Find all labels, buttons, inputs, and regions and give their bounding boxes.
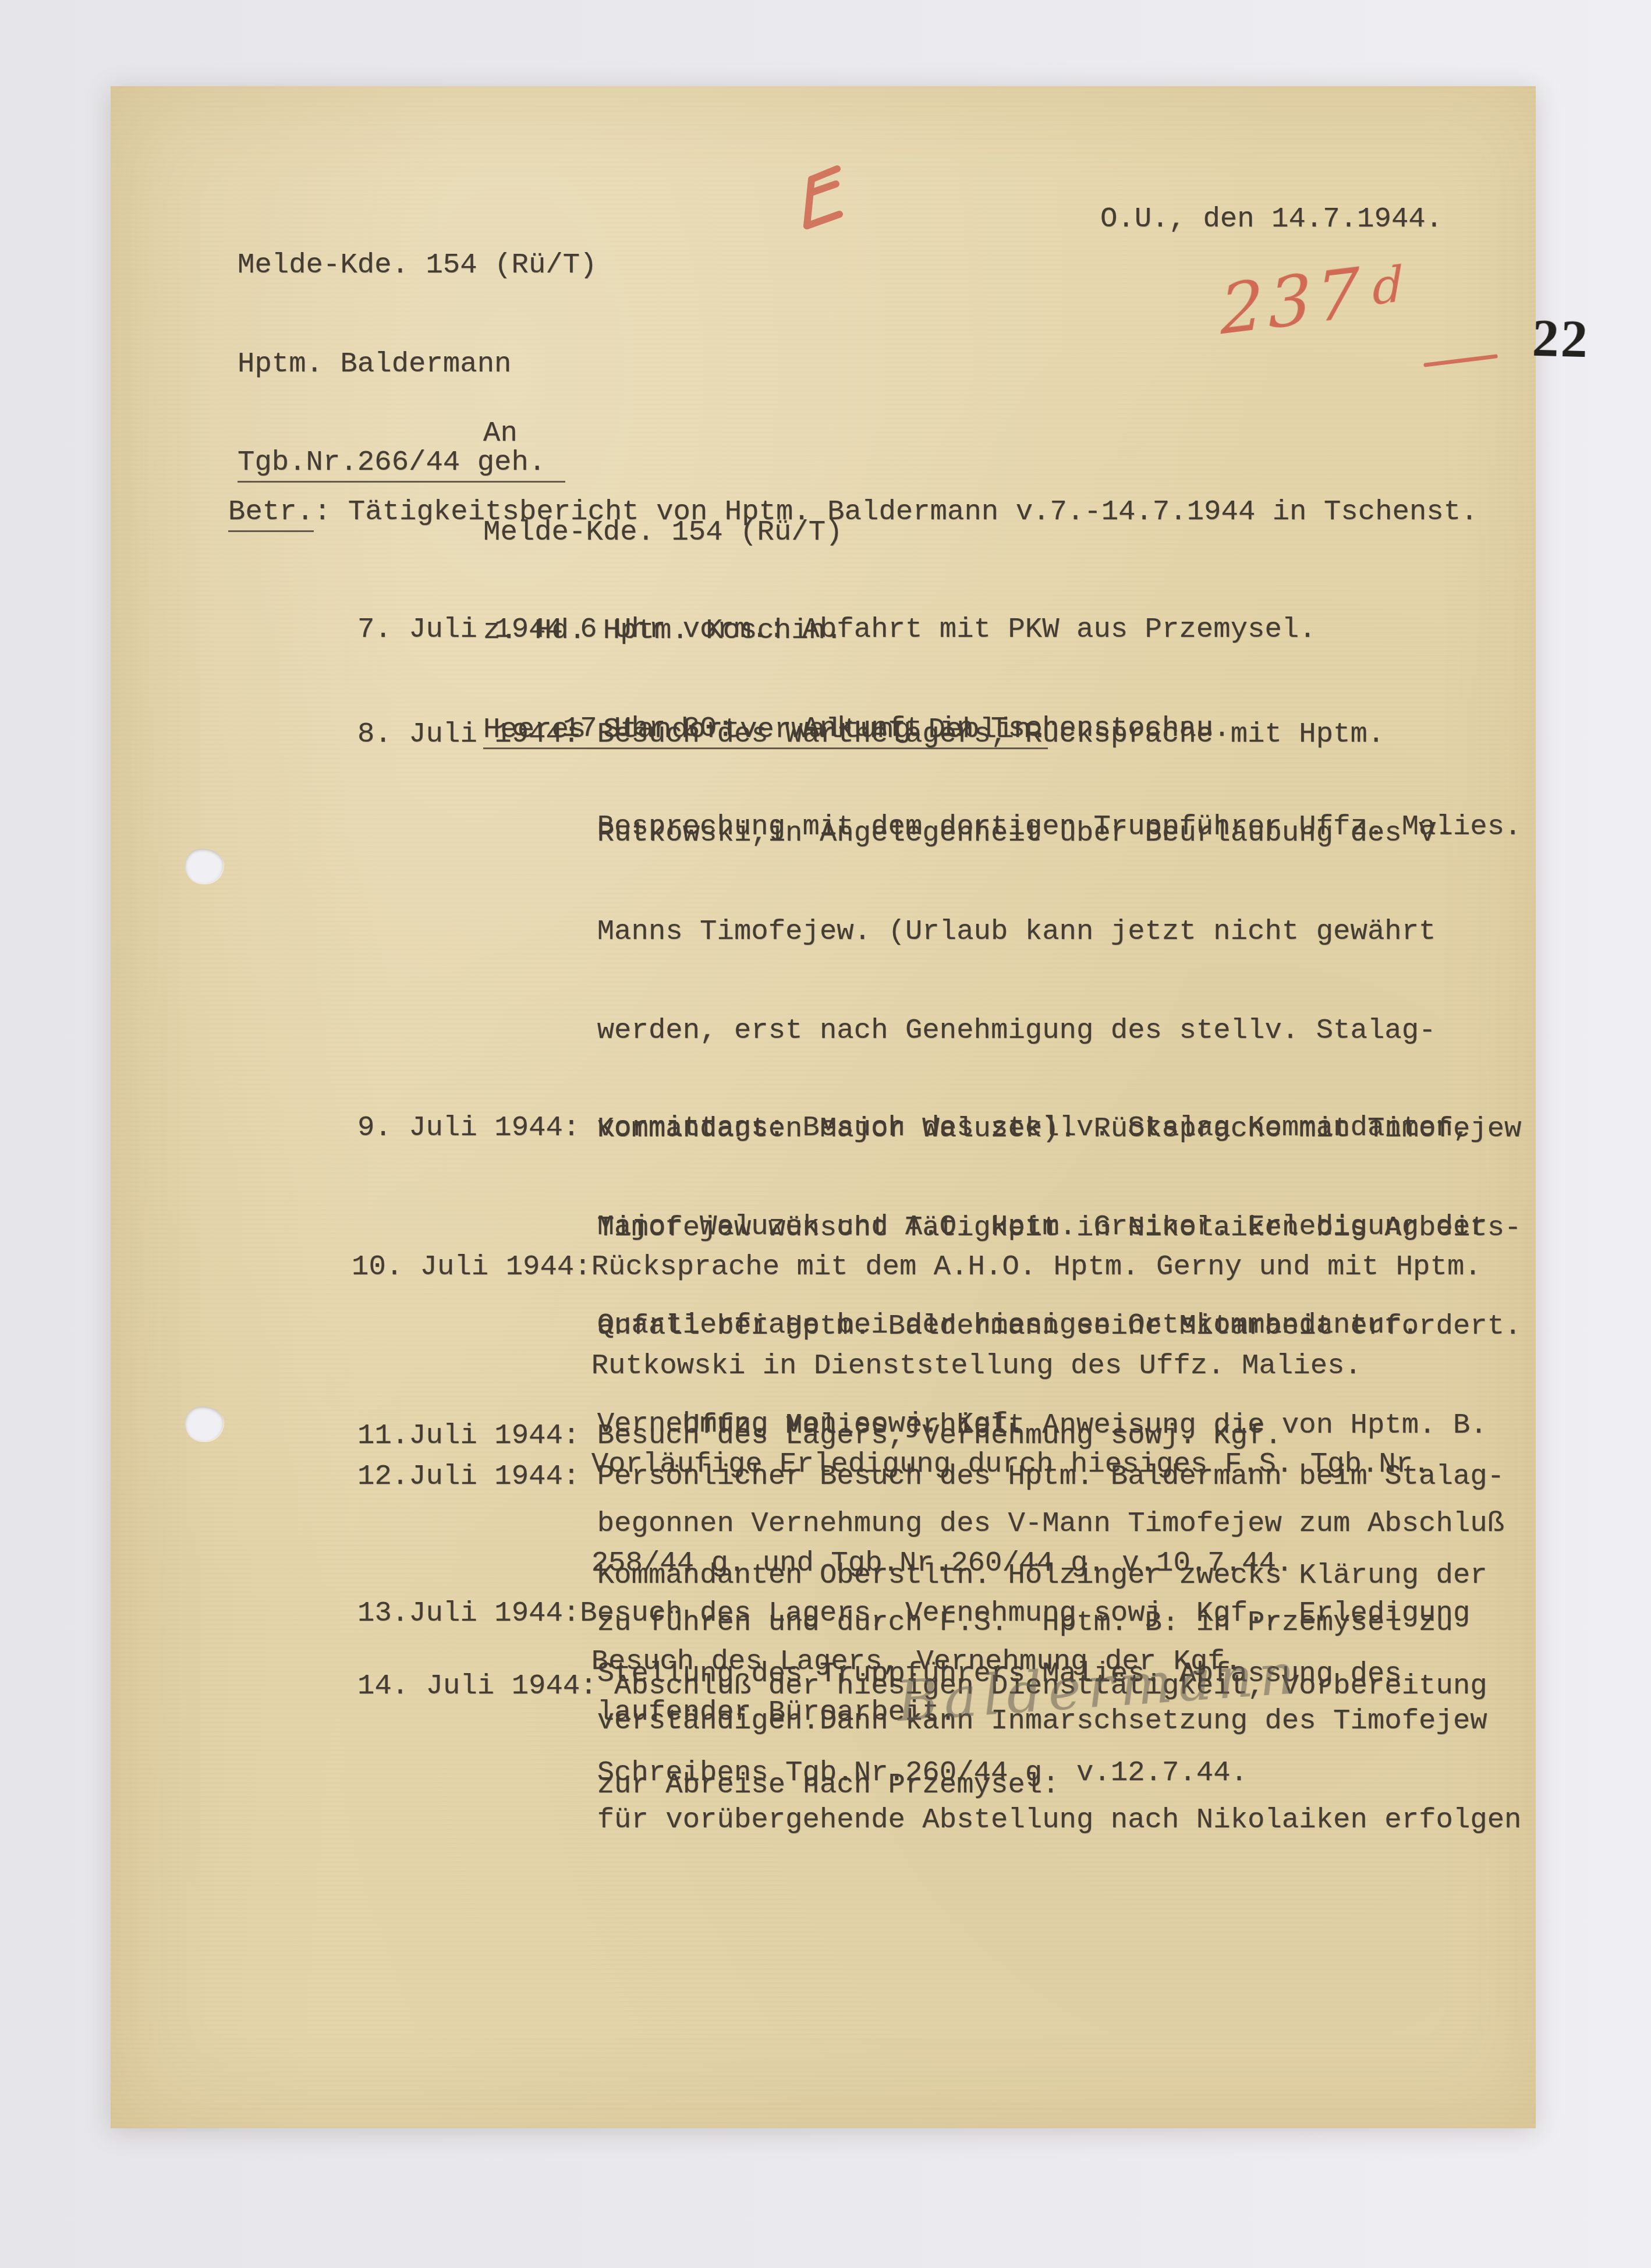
red-annotation-number: 237 xyxy=(1220,251,1365,350)
subject-label: Betr. xyxy=(228,495,314,532)
entry-line: 9. Juli 1944: vormittags: Besuch des ste… xyxy=(357,1111,1487,1144)
recipient-salutation: An xyxy=(483,417,1048,450)
screenshot-root: { "document": { "sender_block": { "line1… xyxy=(0,0,1651,2268)
red-annotation-underline xyxy=(1423,354,1498,367)
subject-line: Betr.: Tätigkeitsbericht von Hptm. Balde… xyxy=(228,495,1478,532)
page-number: 22 xyxy=(1532,307,1590,370)
subject-text: : Tätigkeitsbericht von Hptm. Baldermann… xyxy=(314,495,1478,528)
entry-line: werden, erst nach Genehmigung des stellv… xyxy=(357,1014,1522,1047)
entry-line: 7. Juli 1944 6 Uhr vorm.: Abfahrt mit PK… xyxy=(357,613,1522,646)
entry-line: Rutkowski,in Angelegenheit über Beurlaub… xyxy=(357,817,1522,850)
entry-line: 12.Juli 1944: Persönlicher Besuch des Hp… xyxy=(357,1460,1504,1493)
red-annotation-suffix: d xyxy=(1372,254,1409,316)
document-page: Melde-Kde. 154 (Rü/T) Hptm. Baldermann T… xyxy=(111,86,1536,2128)
entry-line: 10. Juli 1944:Rücksprache mit dem A.H.O.… xyxy=(352,1250,1482,1284)
punch-hole-top xyxy=(185,849,224,884)
red-annotation: 237d xyxy=(1220,246,1409,350)
entry-line: 8. Juli 1944: Besuch des Warthelagers, R… xyxy=(357,718,1522,751)
entry-line: Manns Timofejew. (Urlaub kann jetzt nich… xyxy=(357,915,1522,948)
entry-line: zur Abreise nach Przemysel. xyxy=(357,1769,1487,1802)
red-crayon-letter-e xyxy=(796,164,845,236)
journal-entry-14-juli: 14. Juli 1944: Abschluß der hiesigen Die… xyxy=(357,1604,1487,1867)
sender-unit: Melde-Kde. 154 (Rü/T) xyxy=(238,249,597,282)
punch-hole-bottom xyxy=(185,1406,224,1441)
date-line: O.U., den 14.7.1944. xyxy=(1100,203,1443,236)
